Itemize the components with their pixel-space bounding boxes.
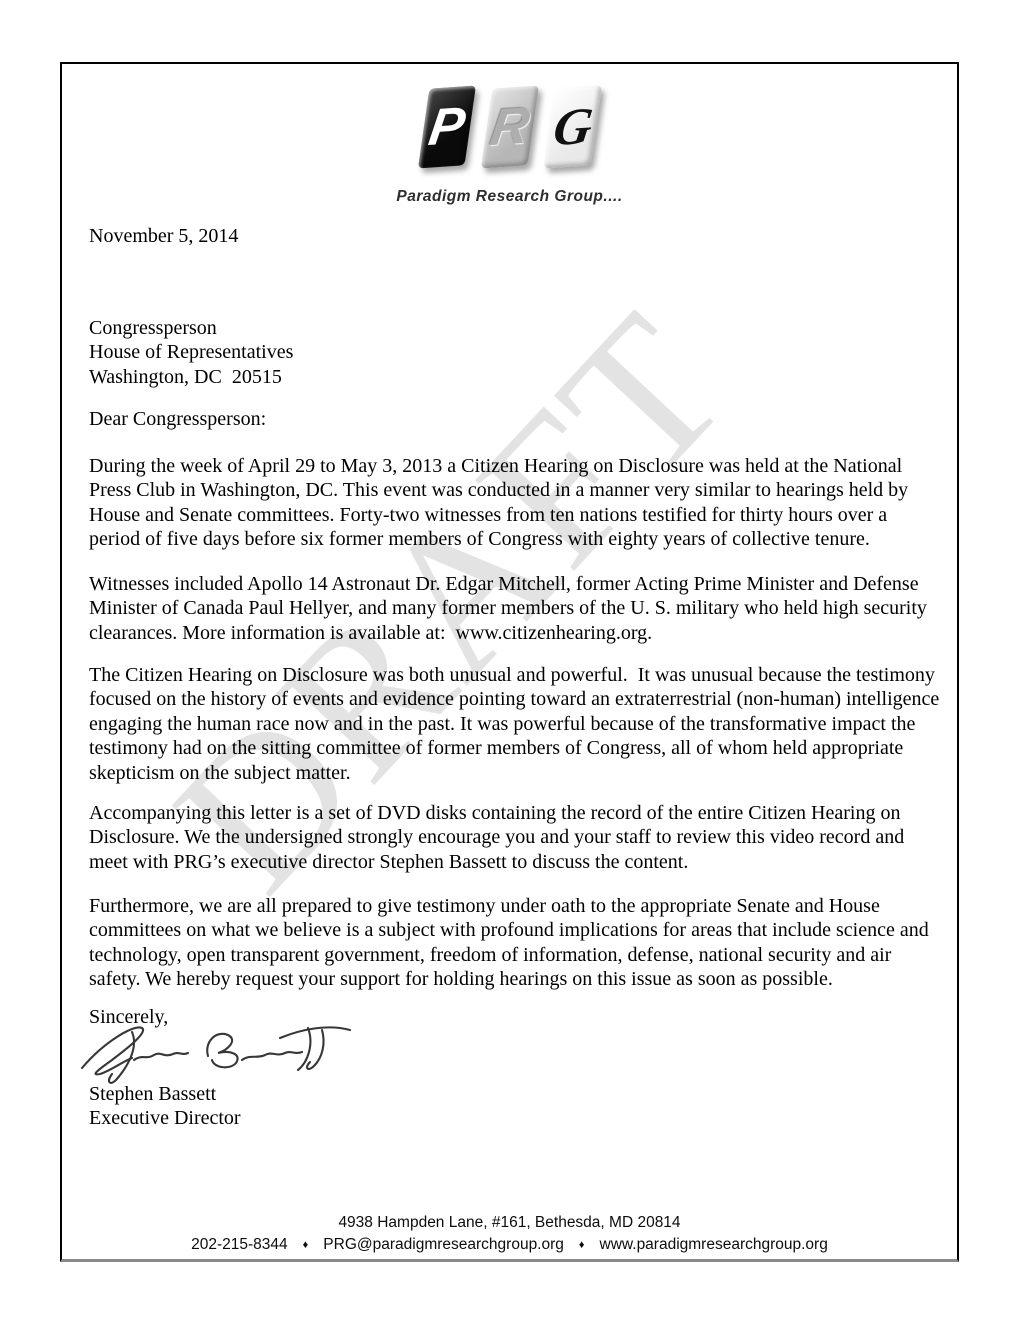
diamond-separator-icon: ♦ [579,1239,585,1251]
salutation: Dear Congressperson: [89,407,266,431]
footer-phone: 202-215-8344 [191,1236,288,1253]
footer-contact-line: 202-215-8344♦PRG@paradigmresearchgroup.o… [62,1234,957,1256]
diamond-separator-icon: ♦ [303,1239,309,1251]
logo-letter-r: R [486,96,533,158]
logo-letter-r-tile: R [481,85,539,168]
body-paragraph-2: Witnesses included Apollo 14 Astronaut D… [89,572,927,645]
letter-page: DRAFT P R G Paradigm Research Group.... … [60,62,959,1262]
footer-website: www.paradigmresearchgroup.org [600,1236,828,1253]
letter-date: November 5, 2014 [89,224,238,248]
signer-title: Executive Director [89,1107,241,1129]
logo-letter-g: G [549,96,595,157]
logo-letter-g-tile: G [544,85,602,168]
logo-letter-p: P [425,96,469,158]
signature-image [76,1016,356,1091]
signer-name: Stephen Bassett [89,1083,216,1105]
signer-block: Stephen Bassett Executive Director [89,1082,241,1131]
body-paragraph-5: Furthermore, we are all prepared to give… [89,894,929,992]
logo-caption: Paradigm Research Group.... [62,188,957,206]
body-paragraph-1: During the week of April 29 to May 3, 20… [89,454,908,552]
footer-email: PRG@paradigmresearchgroup.org [323,1236,564,1253]
footer: 4938 Hampden Lane, #161, Bethesda, MD 20… [62,1212,957,1256]
footer-address: 4938 Hampden Lane, #161, Bethesda, MD 20… [62,1212,957,1234]
prg-logo: P R G [424,87,596,167]
logo-letter-p-tile: P [418,85,476,168]
body-paragraph-4: Accompanying this letter is a set of DVD… [89,801,904,874]
letter-document: { "logo": { "letters": ["P", "R", "G"], … [0,0,1020,1320]
body-paragraph-3: The Citizen Hearing on Disclosure was bo… [89,663,939,785]
recipient-address: Congressperson House of Representatives … [89,316,293,389]
